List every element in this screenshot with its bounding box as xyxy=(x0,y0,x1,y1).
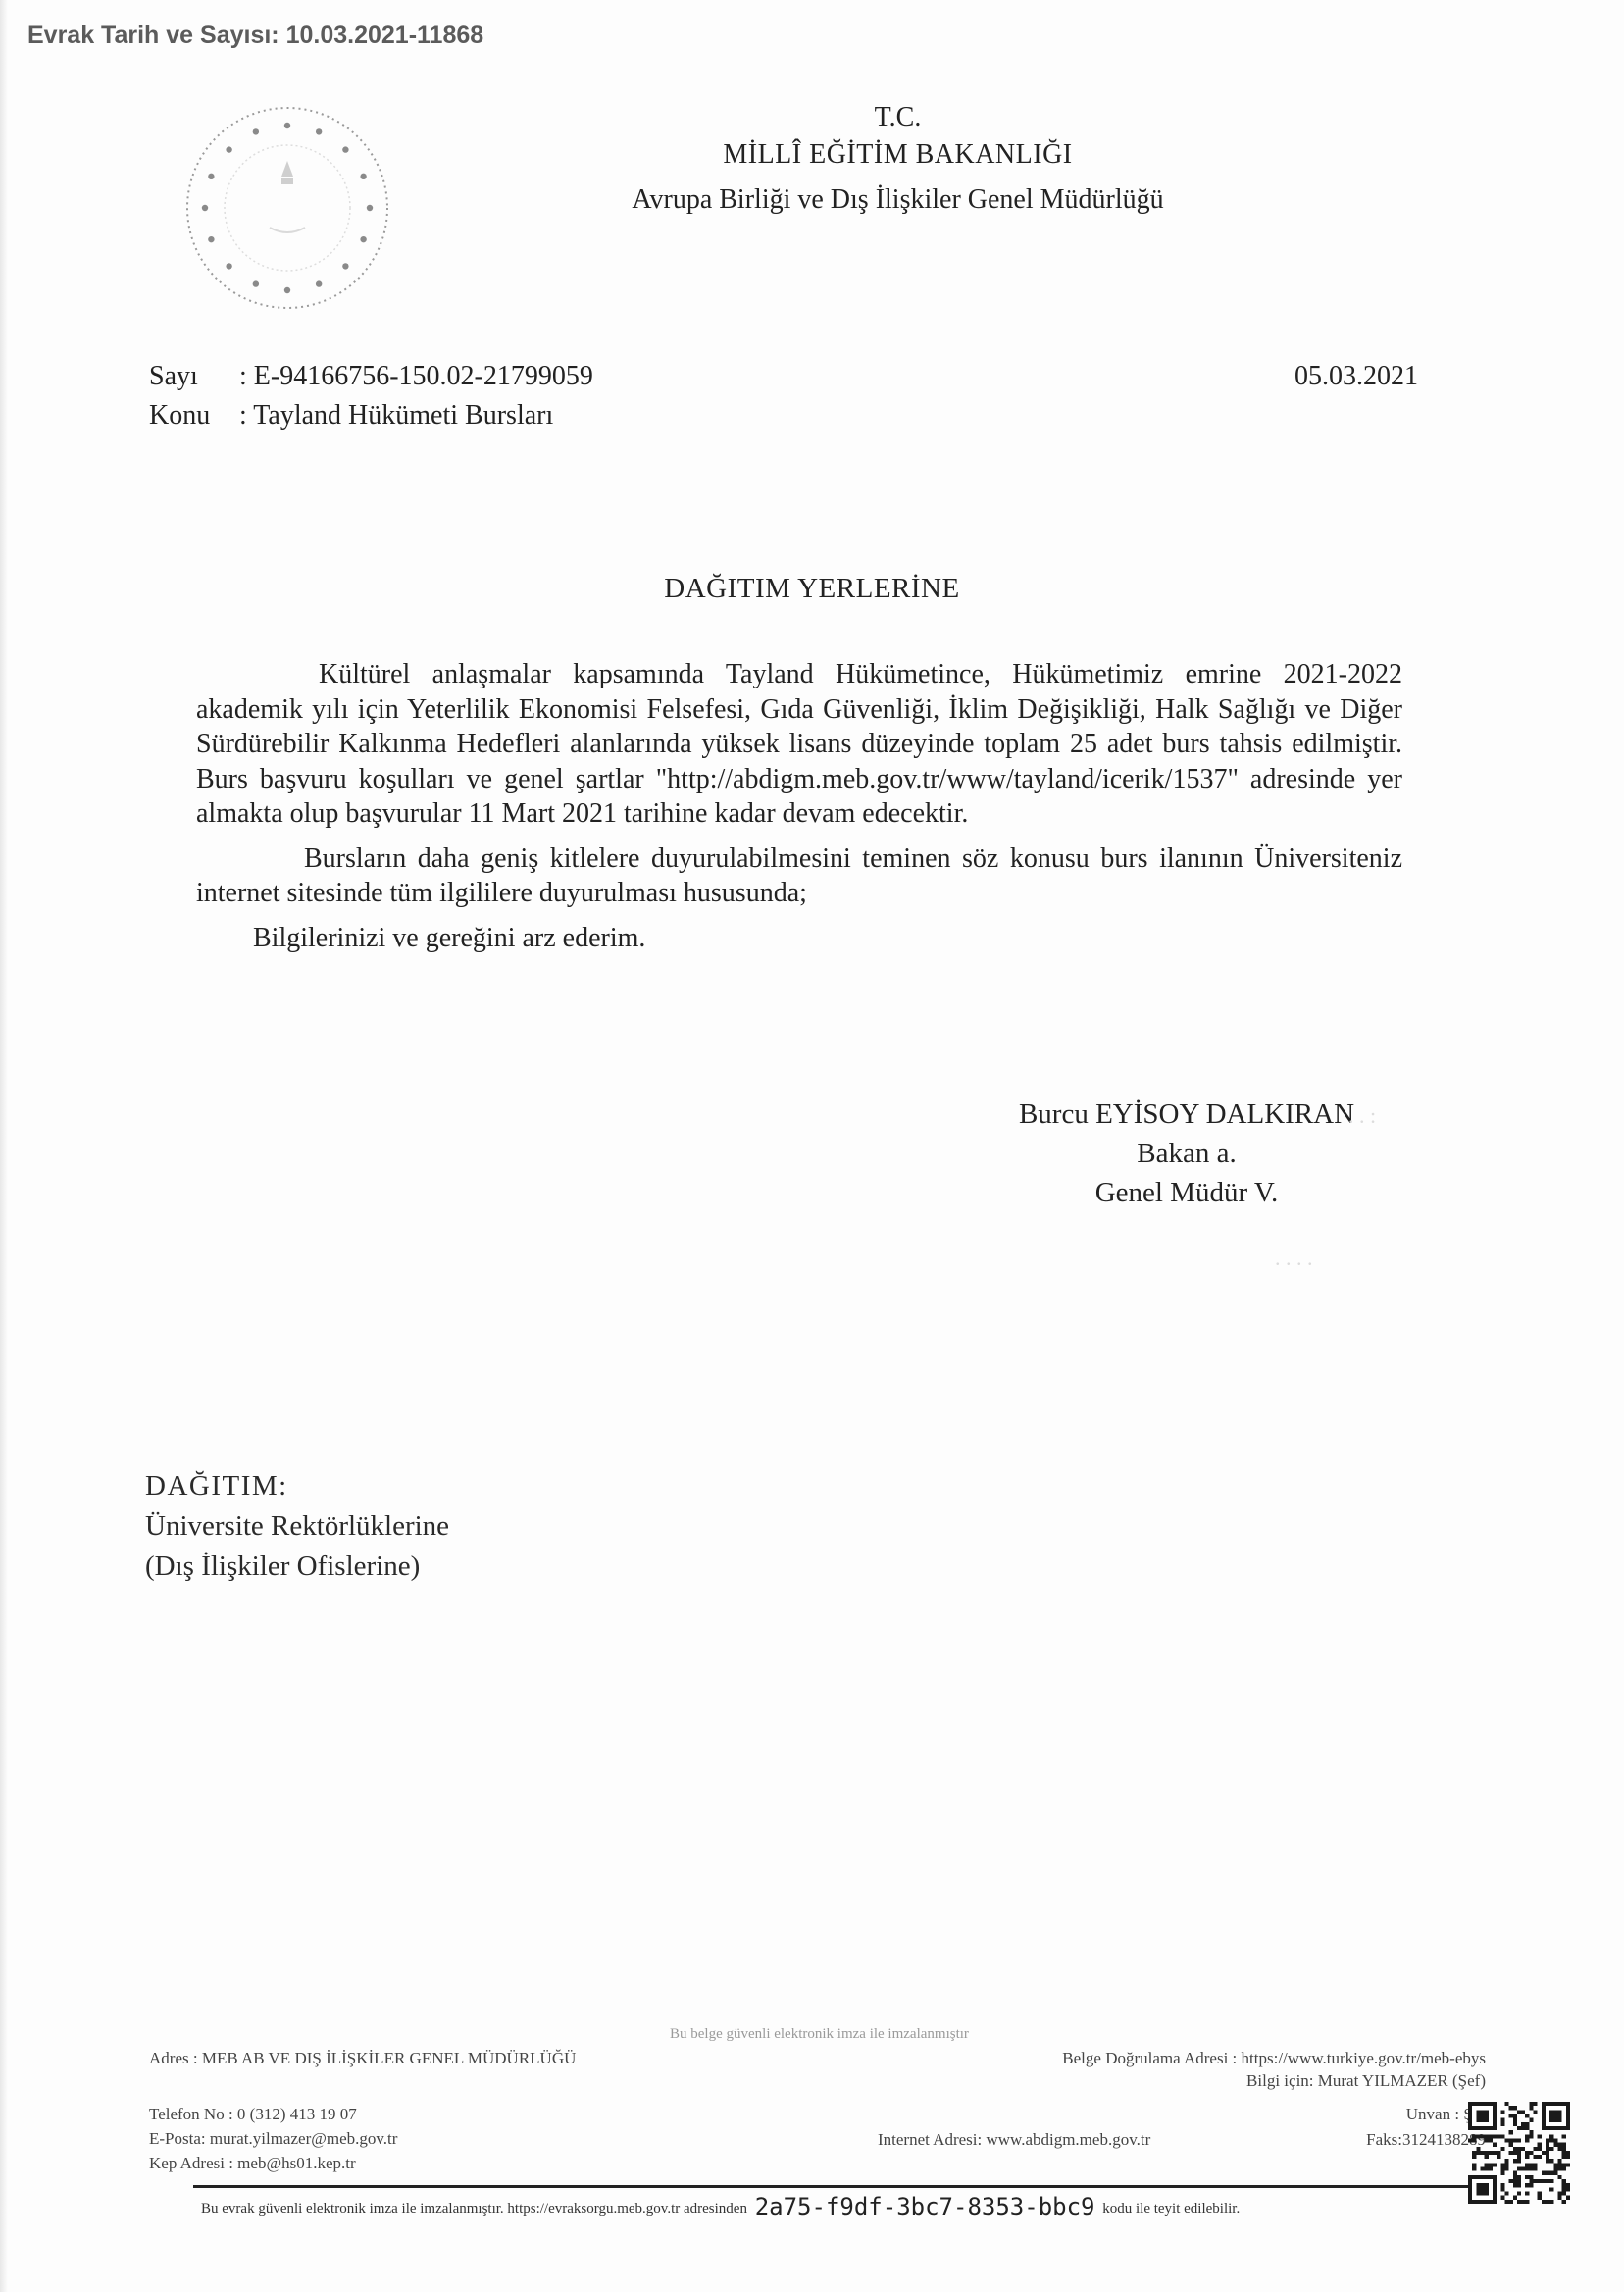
footer-verify-address: Belge Doğrulama Adresi : https://www.tur… xyxy=(1062,2049,1486,2068)
document-date-number-stamp: Evrak Tarih ve Sayısı: 10.03.2021-11868 xyxy=(27,22,483,50)
footer-email: E-Posta: murat.yilmazer@meb.gov.tr xyxy=(149,2129,397,2149)
letter-body: Kültürel anlaşmalar kapsamında Tayland H… xyxy=(196,657,1402,955)
distribution-title: DAĞITIM: xyxy=(145,1466,449,1506)
footer-info-contact: Bilgi için: Murat YILMAZER (Şef) xyxy=(1246,2071,1486,2091)
signatory-title-1: Bakan a. xyxy=(922,1134,1451,1173)
sayi-row: Sayı: E-94166756-150.02-21799059 xyxy=(149,361,593,392)
konu-row: Konu: Tayland Hükümeti Bursları xyxy=(149,400,553,432)
document-page: Evrak Tarih ve Sayısı: 10.03.2021-11868 … xyxy=(0,0,1624,2292)
body-paragraph-2: Bursların daha geniş kitlelere duyurulab… xyxy=(196,841,1402,911)
header-ministry: MİLLÎ EĞİTİM BAKANLIĞI xyxy=(0,139,1624,171)
distribution-block: DAĞITIM: Üniversite Rektörlüklerine (Dış… xyxy=(145,1466,449,1587)
subject-heading: DAĞITIM YERLERİNE xyxy=(0,573,1624,605)
header-department: Avrupa Birliği ve Dış İlişkiler Genel Mü… xyxy=(0,184,1624,216)
body-paragraph-3: Bilgilerinizi ve gereğini arz ederim. xyxy=(196,921,1402,956)
document-date: 05.03.2021 xyxy=(1294,361,1418,392)
sayi-value: : E-94166756-150.02-21799059 xyxy=(239,361,593,391)
konu-label: Konu xyxy=(149,400,239,432)
verification-code: 2a75-f9df-3bc7-8353-bbc9 xyxy=(755,2193,1095,2220)
signatory-title-2: Genel Müdür V. xyxy=(922,1173,1451,1212)
distribution-line-1: Üniversite Rektörlüklerine xyxy=(145,1506,449,1547)
esign-note: Bu belge güvenli elektronik imza ile imz… xyxy=(670,2026,969,2043)
footer-phone: Telefon No : 0 (312) 413 19 07 xyxy=(149,2105,357,2124)
sayi-label: Sayı xyxy=(149,361,239,392)
footer-address: Adres : MEB AB VE DIŞ İLİŞKİLER GENEL MÜ… xyxy=(149,2049,576,2068)
footer-website: Internet Adresi: www.abdigm.meb.gov.tr xyxy=(878,2130,1150,2150)
konu-value: : Tayland Hükümeti Bursları xyxy=(239,400,553,431)
bleed-through-text: . . : xyxy=(1348,1103,1376,1129)
verify-prefix: Bu evrak güvenli elektronik imza ile imz… xyxy=(201,2201,747,2216)
qr-code-icon xyxy=(1468,2102,1570,2204)
distribution-line-2: (Dış İlişkiler Ofislerine) xyxy=(145,1547,449,1587)
verify-suffix: kodu ile teyit edilebilir. xyxy=(1102,2201,1240,2216)
scan-edge-shadow xyxy=(0,0,8,2292)
bleed-through-text: . . . . xyxy=(1275,1246,1313,1271)
body-paragraph-1: Kültürel anlaşmalar kapsamında Tayland H… xyxy=(196,657,1402,832)
header-country: T.C. xyxy=(0,102,1624,133)
footer-kep: Kep Adresi : meb@hs01.kep.tr xyxy=(149,2154,356,2173)
verification-line: Bu evrak güvenli elektronik imza ile imz… xyxy=(201,2193,1240,2220)
footer-divider xyxy=(193,2185,1471,2188)
